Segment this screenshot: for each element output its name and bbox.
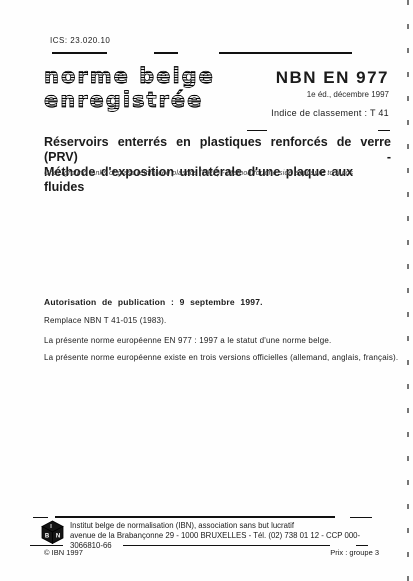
wordmark-line2: enregistrée: [44, 88, 215, 112]
ibn-cube-logo-svg: I B N: [41, 520, 64, 544]
logo-letter-left: B: [45, 534, 50, 540]
top-rule-segment: [52, 52, 107, 54]
copyright: © IBN 1997: [44, 548, 83, 557]
replaces-line: Remplace NBN T 41-015 (1983).: [44, 316, 166, 325]
footer-rule2-segment: [123, 545, 330, 546]
title-dash-mark: [378, 130, 390, 131]
title-french: Réservoirs enterrés en plastiques renfor…: [44, 135, 391, 195]
institute-line2: avenue de la Brabançonne 29 - 1000 BRUXE…: [70, 531, 370, 551]
price-group: Prix : groupe 3: [330, 548, 379, 557]
footer-rule-segment: [33, 517, 48, 518]
classification-index: Indice de classement : T 41: [271, 108, 389, 118]
footer-rule2-segment: [30, 545, 63, 546]
title-french-line1: Réservoirs enterrés en plastiques renfor…: [44, 135, 391, 165]
title-dash-mark: [247, 130, 267, 131]
title-english: Underground tanks of glass reinforced pl…: [44, 170, 391, 177]
logo-letter-right: N: [56, 534, 60, 540]
footer-rule2-segment: [356, 545, 368, 546]
top-rule-segment: [154, 52, 178, 54]
standard-number: NBN EN 977: [276, 68, 389, 88]
institute-line1: Institut belge de normalisation (IBN), a…: [70, 521, 370, 531]
scan-edge-mark: [407, 0, 409, 581]
institute-info: Institut belge de normalisation (IBN), a…: [70, 521, 370, 551]
standard-cover-page: ICS: 23.020.10 norme belge enregistrée N…: [0, 0, 413, 581]
versions-line: La présente norme européenne existe en t…: [44, 353, 398, 362]
footer-rule-segment: [350, 517, 372, 518]
footer-rule-segment: [55, 516, 335, 518]
status-line: La présente norme européenne EN 977 : 19…: [44, 336, 331, 345]
edition-date: 1e éd., décembre 1997: [307, 90, 389, 99]
authorization-line: Autorisation de publication : 9 septembr…: [44, 297, 263, 307]
ibn-cube-logo: I B N: [41, 520, 64, 544]
norme-belge-wordmark: norme belge enregistrée: [44, 64, 215, 112]
top-rule-segment: [219, 52, 352, 54]
ics-code: ICS: 23.020.10: [50, 36, 110, 45]
wordmark-line1: norme belge: [44, 64, 215, 88]
